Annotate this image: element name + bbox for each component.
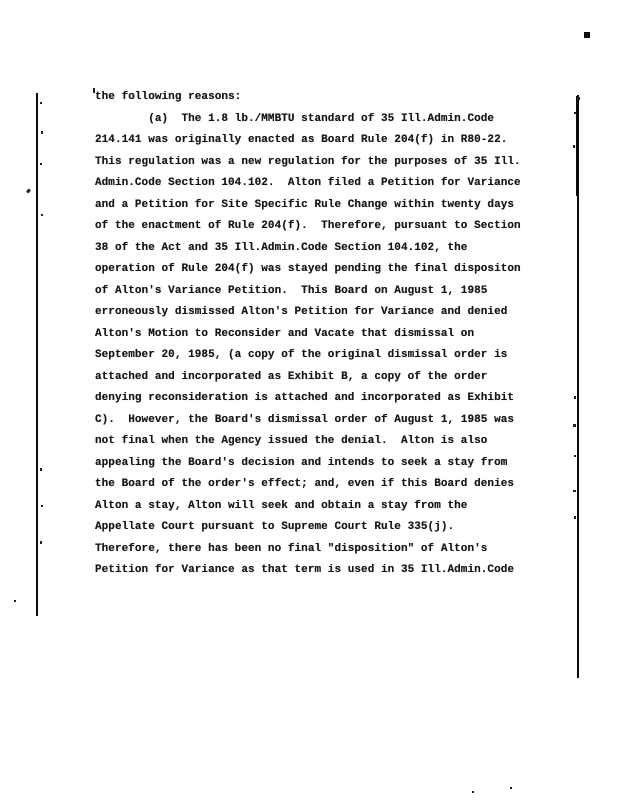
text-line: the following reasons:: [95, 87, 555, 109]
scan-speck: [574, 516, 576, 519]
scan-speck: [573, 424, 576, 427]
text-line: the Board of the order's effect; and, ev…: [95, 474, 555, 496]
text-line: 214.141 was originally enacted as Board …: [95, 130, 555, 152]
scan-speck: [510, 787, 512, 789]
document-text-block: the following reasons: (a) The 1.8 lb./M…: [95, 87, 555, 582]
text-line: This regulation was a new regulation for…: [95, 152, 555, 174]
text-line: of Alton's Variance Petition. This Board…: [95, 281, 555, 303]
text-line: September 20, 1985, (a copy of the origi…: [95, 345, 555, 367]
text-line: Therefore, there has been no final "disp…: [95, 539, 555, 561]
scan-speck: [573, 145, 575, 148]
text-line: operation of Rule 204(f) was stayed pend…: [95, 259, 555, 281]
text-line: Petition for Variance as that term is us…: [95, 560, 555, 582]
text-line: and a Petition for Site Specific Rule Ch…: [95, 195, 555, 217]
text-line: appealing the Board's decision and inten…: [95, 453, 555, 475]
text-line: C). However, the Board's dismissal order…: [95, 410, 555, 432]
text-line: Alton a stay, Alton will seek and obtain…: [95, 496, 555, 518]
text-line: (a) The 1.8 lb./MMBTU standard of 35 Ill…: [95, 109, 555, 131]
document-page: the following reasons: (a) The 1.8 lb./M…: [0, 0, 634, 800]
text-line: 38 of the Act and 35 Ill.Admin.Code Sect…: [95, 238, 555, 260]
text-line: Admin.Code Section 104.102. Alton filed …: [95, 173, 555, 195]
text-line: of the enactment of Rule 204(f). Therefo…: [95, 216, 555, 238]
text-line: erroneously dismissed Alton's Petition f…: [95, 302, 555, 324]
scan-speck: [26, 189, 31, 194]
left-margin-scan-line: [36, 93, 38, 616]
scan-speck: [41, 505, 43, 507]
scan-speck: [40, 102, 42, 104]
scan-artifact-square: [584, 32, 590, 38]
right-margin-scan-line-thick: [576, 96, 579, 196]
scan-speck: [573, 490, 576, 492]
scan-speck: [40, 468, 42, 471]
scan-speck: [577, 97, 580, 100]
scan-speck: [14, 600, 16, 602]
scan-speck: [41, 214, 43, 216]
scan-speck: [574, 396, 576, 399]
text-line: Appellate Court pursuant to Supreme Cour…: [95, 517, 555, 539]
scan-speck: [40, 541, 42, 544]
scan-speck: [472, 791, 474, 793]
text-line: not final when the Agency issued the den…: [95, 431, 555, 453]
text-line: attached and incorporated as Exhibit B, …: [95, 367, 555, 389]
scan-speck: [40, 163, 42, 165]
text-line: Alton's Motion to Reconsider and Vacate …: [95, 324, 555, 346]
scan-speck: [574, 455, 576, 457]
scan-speck: [574, 112, 576, 114]
scan-speck: [41, 131, 43, 134]
text-line: denying reconsideration is attached and …: [95, 388, 555, 410]
